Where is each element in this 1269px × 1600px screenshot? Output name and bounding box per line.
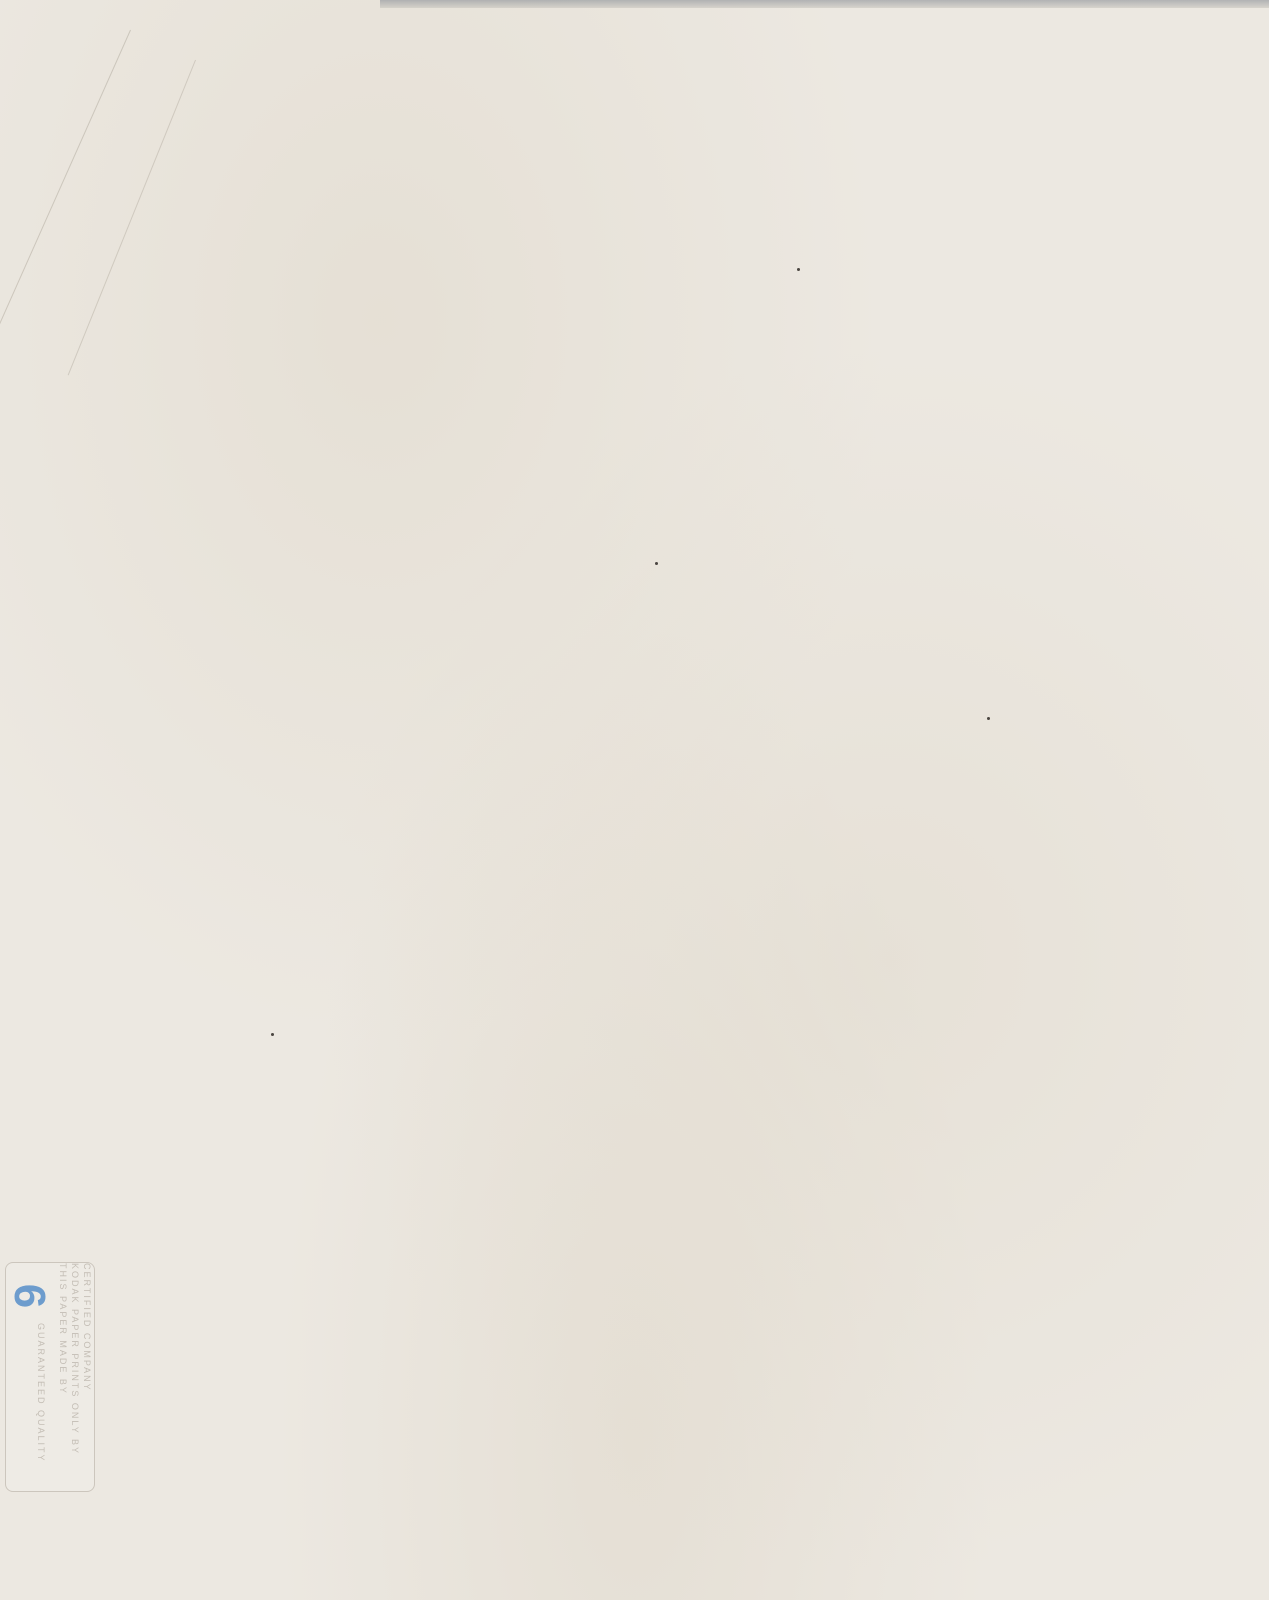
paper-speck (655, 562, 658, 565)
stamp-text-line: KODAK PAPER PRINTS ONLY BY (68, 1263, 80, 1491)
paper-page: 6 THIS PAPER MADE BY KODAK PAPER PRINTS … (0, 0, 1269, 1600)
stamp-text-line: GUARANTEED QUALITY (34, 1323, 46, 1491)
stamp-text-line: CERTIFIED COMPANY (80, 1263, 92, 1491)
paper-speck (987, 717, 990, 720)
paper-crease (68, 60, 196, 376)
stamp-number: 6 (4, 1276, 54, 1316)
scanner-top-edge (380, 0, 1269, 8)
embossed-stamp: 6 THIS PAPER MADE BY KODAK PAPER PRINTS … (5, 1262, 95, 1492)
paper-speck (797, 268, 800, 271)
stamp-text-line: THIS PAPER MADE BY (56, 1263, 68, 1491)
paper-crease (0, 30, 131, 378)
paper-speck (271, 1033, 274, 1036)
